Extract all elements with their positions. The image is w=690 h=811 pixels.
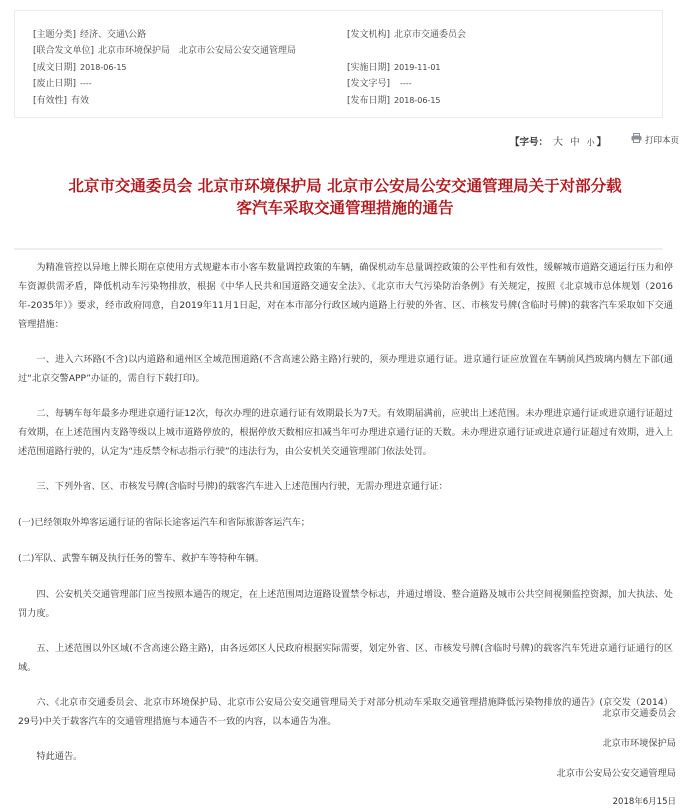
meta-topic-category: [主题分类]经济、交通\公路 xyxy=(33,29,146,41)
document-title-line-2: 客汽车采取交通管理措施的通告 xyxy=(0,197,690,219)
paragraph-item-3-1: (一)已经领取外埠客运通行证的省际长途客运汽车和省际旅游客运汽车； xyxy=(18,513,673,532)
font-size-close-bracket: 】 xyxy=(597,137,607,148)
meta-joint-issuer: [联合发文单位]北京市环境保护局 北京市公安局公安交通管理局 xyxy=(33,45,296,57)
font-size-medium-button[interactable]: 中 xyxy=(570,137,580,148)
signature-transport-commission: 北京市交通委员会 xyxy=(603,705,677,719)
paragraph-item-2: 二、每辆车每年最多办理进京通行证12次，每次办理的进京通行证有效期最长为7天。有… xyxy=(18,404,673,461)
meta-written-date: [成文日期]2018-06-15 xyxy=(33,62,127,74)
meta-value: ---- xyxy=(80,79,92,88)
meta-label: [发文机构] xyxy=(347,30,390,40)
meta-value: 2018-06-15 xyxy=(394,96,441,105)
printer-icon xyxy=(631,133,645,146)
meta-label: [成文日期] xyxy=(33,63,76,73)
meta-value: 2019-11-01 xyxy=(394,63,441,72)
title-divider xyxy=(14,248,663,250)
paragraph-closing: 特此通告。 xyxy=(18,747,673,766)
meta-issuing-agency: [发文机构]北京市交通委员会 xyxy=(347,29,466,41)
meta-label: [主题分类] xyxy=(33,30,76,40)
document-title: 北京市交通委员会 北京市环境保护局 北京市公安局公安交通管理局关于对部分载 客汽… xyxy=(0,175,690,219)
document-title-line-1: 北京市交通委员会 北京市环境保护局 北京市公安局公安交通管理局关于对部分载 xyxy=(0,175,690,197)
meta-label: [有效性] xyxy=(33,96,67,106)
meta-label: [实施日期] xyxy=(347,63,390,73)
font-size-small-button[interactable]: 小 xyxy=(587,138,595,147)
meta-validity: [有效性]有效 xyxy=(33,95,89,107)
meta-label: [废止日期] xyxy=(33,79,76,89)
signature-environment-bureau: 北京市环境保护局 xyxy=(603,735,677,749)
meta-label: [发文字号] xyxy=(347,79,390,89)
paragraph-item-6: 六、《北京市交通委员会、北京市环境保护局、北京市公安局公安交通管理局关于对部分机… xyxy=(18,693,673,731)
document-body: 为精准管控以异地上牌长期在京使用方式规避本市小客车数量调控政策的车辆，确保机动车… xyxy=(18,258,673,782)
signature-traffic-management-bureau: 北京市公安局公安交通管理局 xyxy=(557,765,676,779)
font-size-large-button[interactable]: 大 xyxy=(553,137,563,148)
meta-value: 北京市环境保护局 北京市公安局公安交通管理局 xyxy=(98,46,296,56)
meta-value: 北京市交通委员会 xyxy=(394,30,466,40)
paragraph-item-3-2: (二)军队、武警车辆及执行任务的警车、救护车等特种车辆。 xyxy=(18,549,673,568)
meta-value: 2018-06-15 xyxy=(80,63,127,72)
meta-publish-date: [发布日期]2018-06-15 xyxy=(347,95,441,107)
meta-value: ---- xyxy=(400,79,412,88)
print-page-label: 打印本页 xyxy=(645,134,679,146)
signature-date: 2018年6月15日 xyxy=(613,795,676,807)
meta-document-number: [发文字号]---- xyxy=(347,78,412,90)
meta-value: 有效 xyxy=(71,96,89,106)
paragraph-item-4: 四、公安机关交通管理部门应当按照本通告的规定，在上述范围周边道路设置禁令标志，并… xyxy=(18,585,673,623)
paragraph-item-1: 一、进入六环路(不含)以内道路和通州区全域范围道路(不含高速公路主路)行驶的，须… xyxy=(18,350,673,388)
font-size-selector: 【字号： 大 中 小】 xyxy=(510,133,606,148)
meta-value: 经济、交通\公路 xyxy=(80,30,146,40)
paragraph-preamble: 为精准管控以异地上牌长期在京使用方式规避本市小客车数量调控政策的车辆，确保机动车… xyxy=(18,258,673,334)
print-page-button[interactable]: 打印本页 xyxy=(631,133,679,146)
paragraph-item-3: 三、下列外省、区、市核发号牌(含临时号牌)的载客汽车进入上述范围内行驶，无需办理… xyxy=(18,477,673,496)
paragraph-item-5: 五、上述范围以外区域(不含高速公路主路)，由各远郊区人民政府根据实际需要，划定外… xyxy=(18,639,673,677)
meta-repeal-date: [废止日期]---- xyxy=(33,78,92,90)
meta-label: [发布日期] xyxy=(347,96,390,106)
meta-label: [联合发文单位] xyxy=(33,46,94,56)
font-size-label: 【字号： xyxy=(510,137,548,148)
meta-effective-date: [实施日期]2019-11-01 xyxy=(347,62,441,74)
